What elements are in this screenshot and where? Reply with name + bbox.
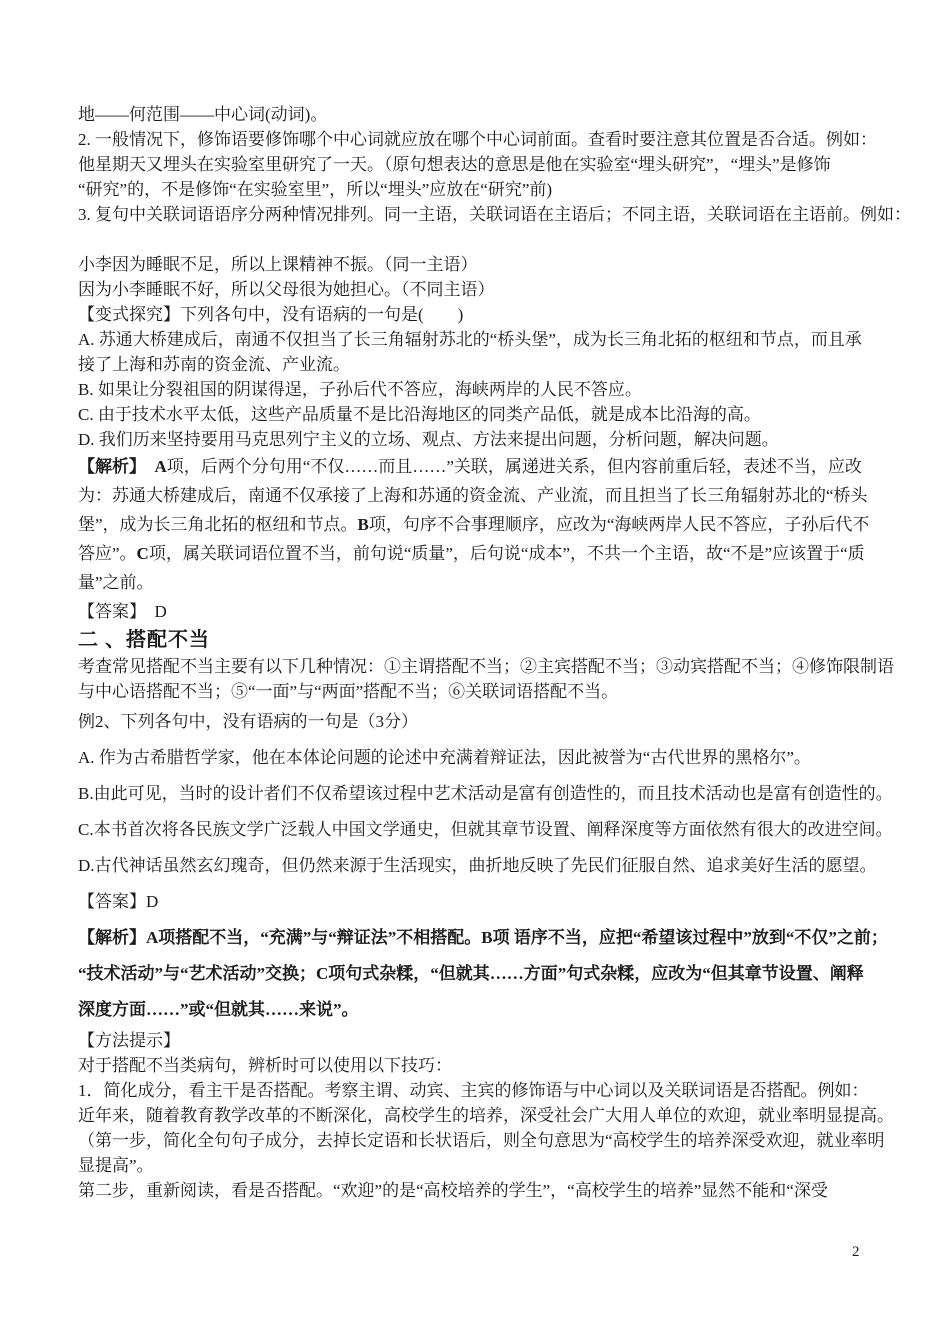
mismatch-intro: 与中心语搭配不当；⑤“一面”与“两面”搭配不当；⑥关联词语搭配不当。	[78, 679, 884, 704]
blank-line	[78, 227, 884, 252]
variation-analysis: 【解析】 A项，后两个分句用“不仅……而且……”关联，属递进关系，但内容前重后轻…	[78, 452, 884, 481]
variation-option-b: B. 如果让分裂祖国的阴谋得逞，子孙后代不答应，海峡两岸的人民不答应。	[78, 377, 884, 402]
example2-analysis: 【解析】A项搭配不当，“充满”与“辩证法”不相搭配。B项 语序不当，应把“希望该…	[78, 920, 884, 956]
rule2-example-line: “研究”的，不是修饰“在实验室里”，所以“埋头”应放在“研究”前)	[78, 177, 884, 202]
method-tip-intro: 对于搭配不当类病句，辨析时可以使用以下技巧：	[78, 1053, 884, 1078]
example2-option-a: A. 作为古希腊哲学家，他在本体论问题的论述中充满着辩证法，因此被誉为“古代世界…	[78, 740, 884, 776]
variation-option-d: D. 我们历来坚持要用马克思列宁主义的立场、观点、方法来提出问题，分析问题，解决…	[78, 427, 884, 452]
variation-option-c: C. 由于技术水平太低，这些产品质量不是比沿海地区的同类产品低，就是成本比沿海的…	[78, 402, 884, 427]
rule3-example-diff-subject: 因为小李睡眠不好，所以父母很为她担心。（不同主语）	[78, 277, 884, 302]
section-heading-mismatch: 二 、搭配不当	[78, 626, 884, 654]
rule3-example-same-subject: 小李因为睡眠不足，所以上课精神不振。（同一主语）	[78, 252, 884, 277]
method-tip-heading: 【方法提示】	[78, 1028, 884, 1053]
method-tip-step1: （第一步，简化全句句子成分，去掉长定语和长状语后，则全句意思为“高校学生的培养深…	[78, 1128, 884, 1153]
example2-analysis: 深度方面……”或“但就其……来说”。	[78, 992, 884, 1028]
variation-option-a: A. 苏通大桥建成后，南通不仅担当了长三角辐射苏北的“桥头堡”，成为长三角北拓的…	[78, 327, 884, 352]
example2-option-b: B.由此可见，当时的设计者们不仅希望该过程中艺术活动是富有创造性的，而且技术活动…	[78, 776, 884, 812]
variation-analysis: 堡”，成为长三角北拓的枢纽和节点。B项，句序不合事理顺序，应改为“海峡两岸人民不…	[78, 510, 884, 539]
method-tip-step1: 1．简化成分，看主干是否搭配。考察主谓、动宾、主宾的修饰语与中心词以及关联词语是…	[78, 1078, 884, 1103]
example2-option-c: C.本书首次将各民族文学广泛载人中国文学通史，但就其章节设置、阐释深度等方面依然…	[78, 812, 884, 848]
method-tip-step2: 第二步，重新阅读，看是否搭配。“欢迎”的是“高校培养的学生”，“高校学生的培养”…	[78, 1178, 884, 1203]
method-tip-step1: 显提高”。	[78, 1153, 884, 1178]
variation-option-a: 接了上海和苏南的资金流、产业流。	[78, 352, 884, 377]
mismatch-intro: 考查常见搭配不当主要有以下几种情况：①主谓搭配不当；②主宾搭配不当；③动宾搭配不…	[78, 654, 884, 679]
page-number: 2	[852, 1242, 860, 1262]
variation-analysis: 为：苏通大桥建成后，南通不仅承接了上海和苏通的资金流、产业流，而且担当了长三角辐…	[78, 481, 884, 510]
document-body: 地——何范围——中心词(动词)。2. 一般情况下，修饰语要修饰哪个中心词就应放在…	[78, 102, 884, 1203]
method-tip-step1: 近年来，随着教育教学改革的不断深化，高校学生的培养，深受社会广大用人单位的欢迎，…	[78, 1103, 884, 1128]
rule1-tail-line: 地——何范围——中心词(动词)。	[78, 102, 884, 127]
rule2-example-line: 他星期天又埋头在实验室里研究了一天。（原句想表达的意思是他在实验室“埋头研究”，…	[78, 152, 884, 177]
rule3-line: 3. 复句中关联词语语序分两种情况排列。同一主语，关联词语在主语后；不同主语，关…	[78, 202, 884, 227]
variation-question-stem: 【变式探究】下列各句中，没有语病的一句是( )	[78, 302, 884, 327]
example2-analysis: “技术活动”与“艺术活动”交换；C项句式杂糅，“但就其……方面”句式杂糅，应改为…	[78, 956, 884, 992]
rule2-line: 2. 一般情况下，修饰语要修饰哪个中心词就应放在哪个中心词前面。查看时要注意其位…	[78, 127, 884, 152]
variation-analysis: 答应”。C项，属关联词语位置不当，前句说“质量”，后句说“成本”，不共一个主语，…	[78, 539, 884, 568]
example2-option-d: D.古代神话虽然玄幻瑰奇，但仍然来源于生活现实，曲折地反映了先民们征服自然、追求…	[78, 848, 884, 884]
document-page: 地——何范围——中心词(动词)。2. 一般情况下，修饰语要修饰哪个中心词就应放在…	[0, 0, 950, 1344]
example2-answer: 【答案】D	[78, 884, 884, 920]
example2-question-stem: 例2、下列各句中，没有语病的一句是（3分）	[78, 704, 884, 740]
variation-analysis: 量”之前。	[78, 568, 884, 597]
variation-answer: 【答案】 D	[78, 597, 884, 626]
